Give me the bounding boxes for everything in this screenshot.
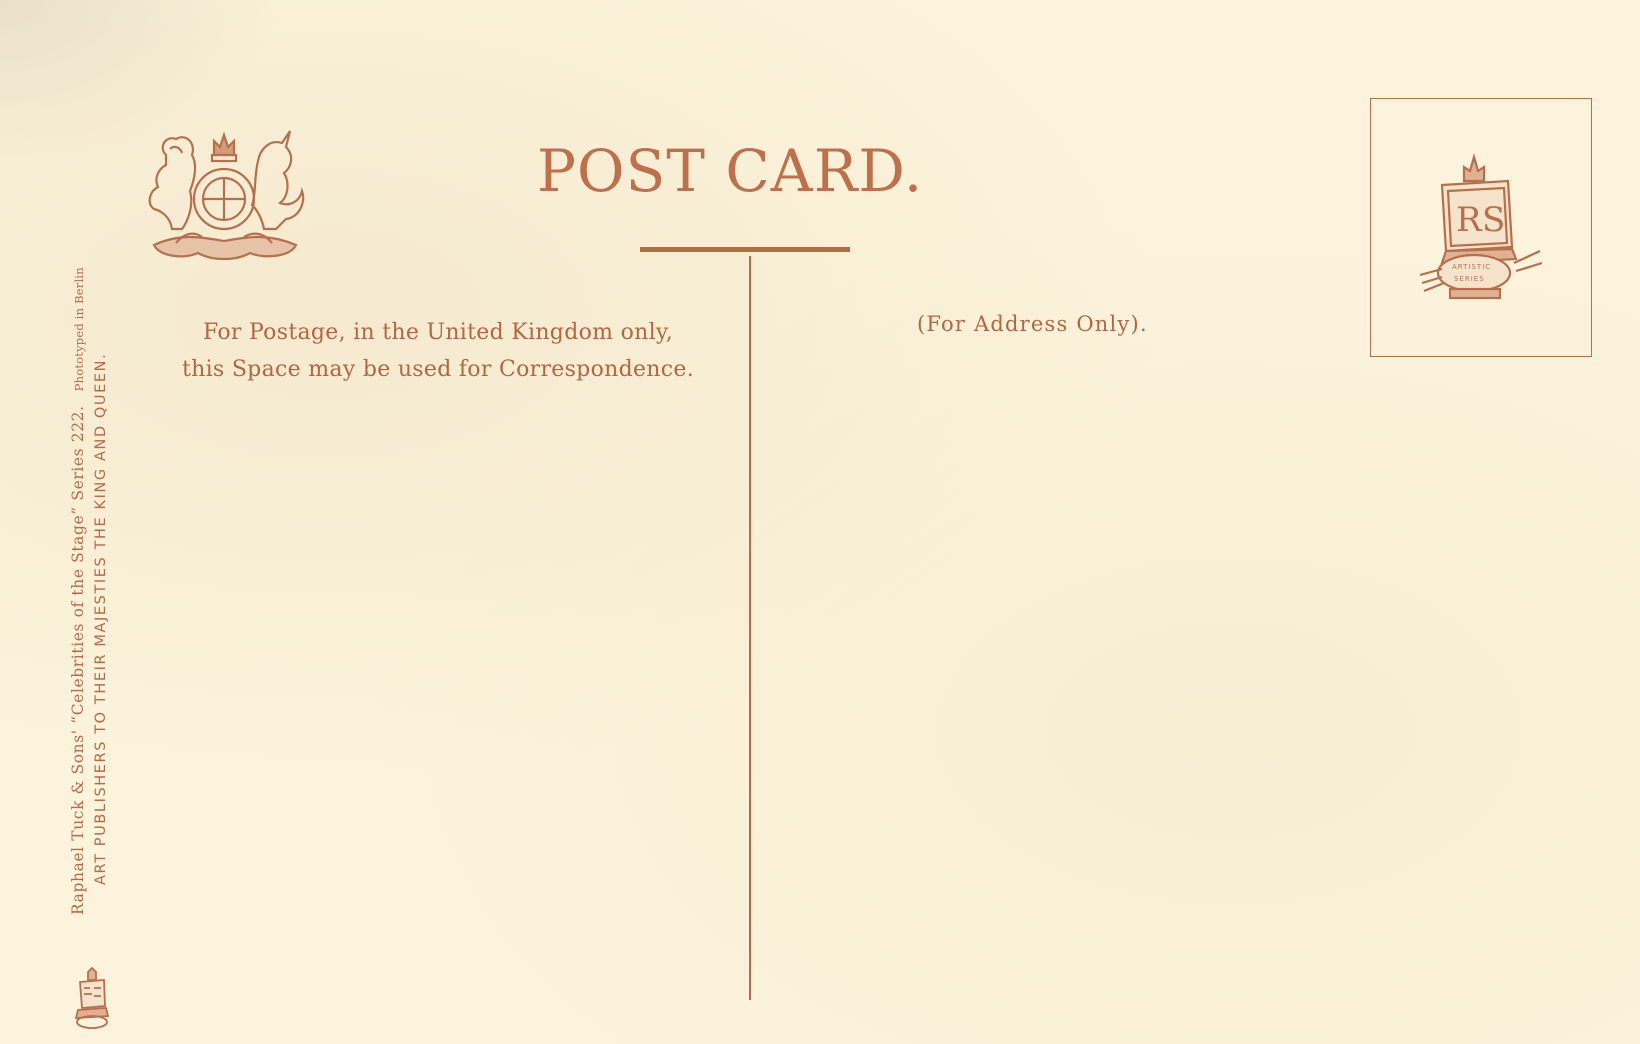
title-underline-rule: [640, 247, 850, 252]
address-label: (For Address Only).: [917, 312, 1148, 336]
svg-text:S: S: [1482, 200, 1505, 240]
stamp-box: R S ARTISTIC SERIES: [1370, 98, 1592, 357]
publisher-text: Raphael Tuck & Sons' “Celebrities of the…: [69, 405, 87, 915]
tuck-easel-palette-logo-icon: R S ARTISTIC SERIES: [1416, 151, 1546, 301]
correspondence-line-2: this Space may be used for Correspondenc…: [128, 351, 748, 388]
side-imprint: Raphael Tuck & Sons' “Celebrities of the…: [68, 35, 111, 915]
tuck-easel-small-logo-icon: [72, 966, 112, 1030]
svg-text:ARTISTIC: ARTISTIC: [1452, 263, 1491, 271]
center-divider-line: [749, 256, 751, 1000]
correspondence-line-1: For Postage, in the United Kingdom only,: [128, 314, 748, 351]
postcard-title: POST CARD.: [537, 138, 923, 204]
publisher-line: Raphael Tuck & Sons' “Celebrities of the…: [68, 35, 89, 915]
correspondence-instructions: For Postage, in the United Kingdom only,…: [128, 314, 748, 388]
svg-text:R: R: [1456, 200, 1483, 240]
royal-coat-of-arms-icon: [140, 125, 308, 273]
postcard-back: { "postcard": { "title": "POST CARD.", "…: [0, 0, 1640, 1044]
svg-text:SERIES: SERIES: [1454, 275, 1485, 283]
phototyped-note: Phototyped in Berlin: [72, 267, 86, 391]
royal-warrant-line: ART PUBLISHERS TO THEIR MAJESTIES THE KI…: [91, 35, 111, 915]
